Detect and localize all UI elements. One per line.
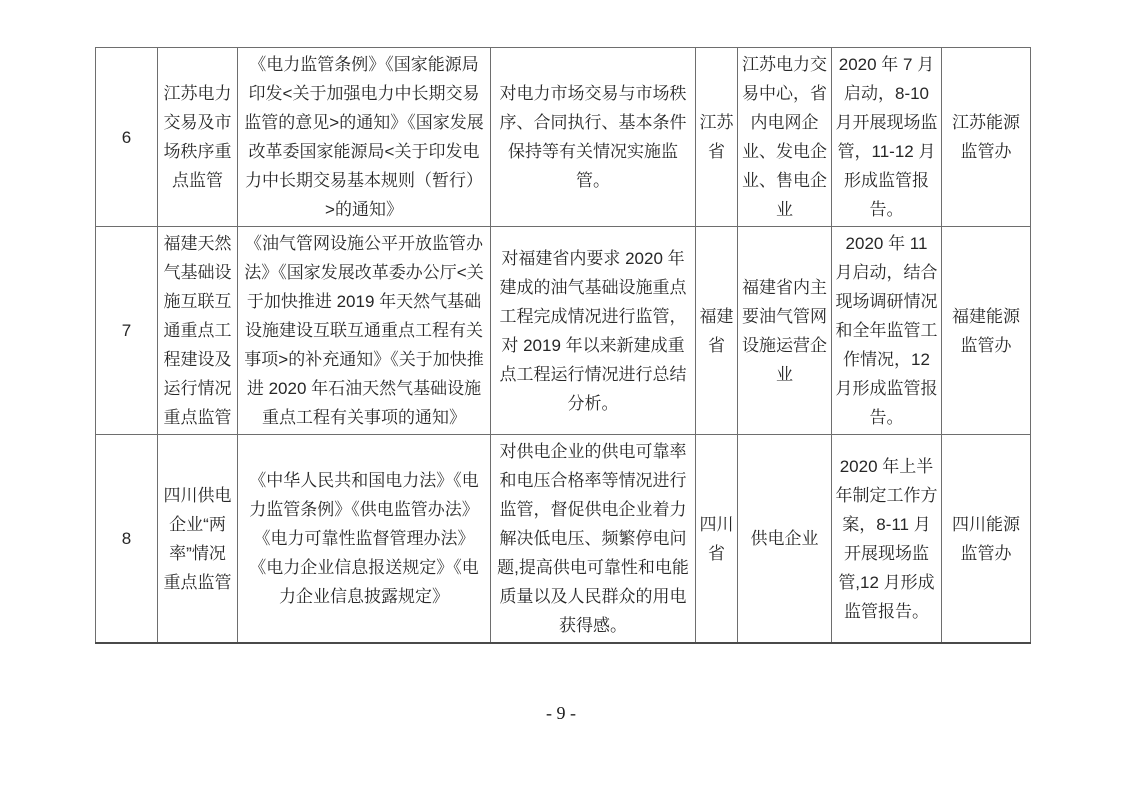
document-page: 6 江苏电力交易及市场秩序重点监管 《电力监管条例》《国家能源局印发<关于加强电… — [0, 0, 1122, 793]
cell-region: 四川省 — [696, 435, 738, 644]
cell-seq: 6 — [96, 48, 158, 227]
cell-project-name: 四川供电企业“两率”情况重点监管 — [158, 435, 238, 644]
cell-supervision-content: 对福建省内要求 2020 年建成的油气基础设施重点工程完成情况进行监管，对 20… — [491, 227, 696, 435]
regulation-table: 6 江苏电力交易及市场秩序重点监管 《电力监管条例》《国家能源局印发<关于加强电… — [95, 47, 1031, 644]
table-row: 8 四川供电企业“两率”情况重点监管 《中华人民共和国电力法》《电力监管条例》《… — [96, 435, 1031, 644]
cell-project-name: 江苏电力交易及市场秩序重点监管 — [158, 48, 238, 227]
cell-schedule: 2020 年 7 月启动，8-10 月开展现场监管，11-12 月形成监管报告。 — [832, 48, 942, 227]
cell-responsible-office: 四川能源监管办 — [942, 435, 1031, 644]
cell-schedule: 2020 年上半年制定工作方案，8-11 月开展现场监管,12 月形成监管报告。 — [832, 435, 942, 644]
cell-region: 江苏省 — [696, 48, 738, 227]
cell-supervised-entities: 福建省内主要油气管网设施运营企业 — [738, 227, 832, 435]
cell-seq: 7 — [96, 227, 158, 435]
cell-supervised-entities: 江苏电力交易中心，省内电网企业、发电企业、售电企业 — [738, 48, 832, 227]
cell-responsible-office: 福建能源监管办 — [942, 227, 1031, 435]
table-row: 6 江苏电力交易及市场秩序重点监管 《电力监管条例》《国家能源局印发<关于加强电… — [96, 48, 1031, 227]
cell-legal-basis: 《电力监管条例》《国家能源局印发<关于加强电力中长期交易监管的意见>的通知》《国… — [238, 48, 491, 227]
cell-supervised-entities: 供电企业 — [738, 435, 832, 644]
cell-seq: 8 — [96, 435, 158, 644]
page-number: - 9 - — [0, 703, 1122, 724]
cell-legal-basis: 《油气管网设施公平开放监管办法》《国家发展改革委办公厅<关于加快推进 2019 … — [238, 227, 491, 435]
cell-region: 福建省 — [696, 227, 738, 435]
cell-legal-basis: 《中华人民共和国电力法》《电力监管条例》《供电监管办法》《电力可靠性监督管理办法… — [238, 435, 491, 644]
cell-project-name: 福建天然气基础设施互联互通重点工程建设及运行情况重点监管 — [158, 227, 238, 435]
cell-supervision-content: 对供电企业的供电可靠率和电压合格率等情况进行监管，督促供电企业着力解决低电压、频… — [491, 435, 696, 644]
cell-supervision-content: 对电力市场交易与市场秩序、合同执行、基本条件保持等有关情况实施监管。 — [491, 48, 696, 227]
table-row: 7 福建天然气基础设施互联互通重点工程建设及运行情况重点监管 《油气管网设施公平… — [96, 227, 1031, 435]
cell-responsible-office: 江苏能源监管办 — [942, 48, 1031, 227]
cell-schedule: 2020 年 11 月启动，结合现场调研情况和全年监管工作情况，12 月形成监管… — [832, 227, 942, 435]
